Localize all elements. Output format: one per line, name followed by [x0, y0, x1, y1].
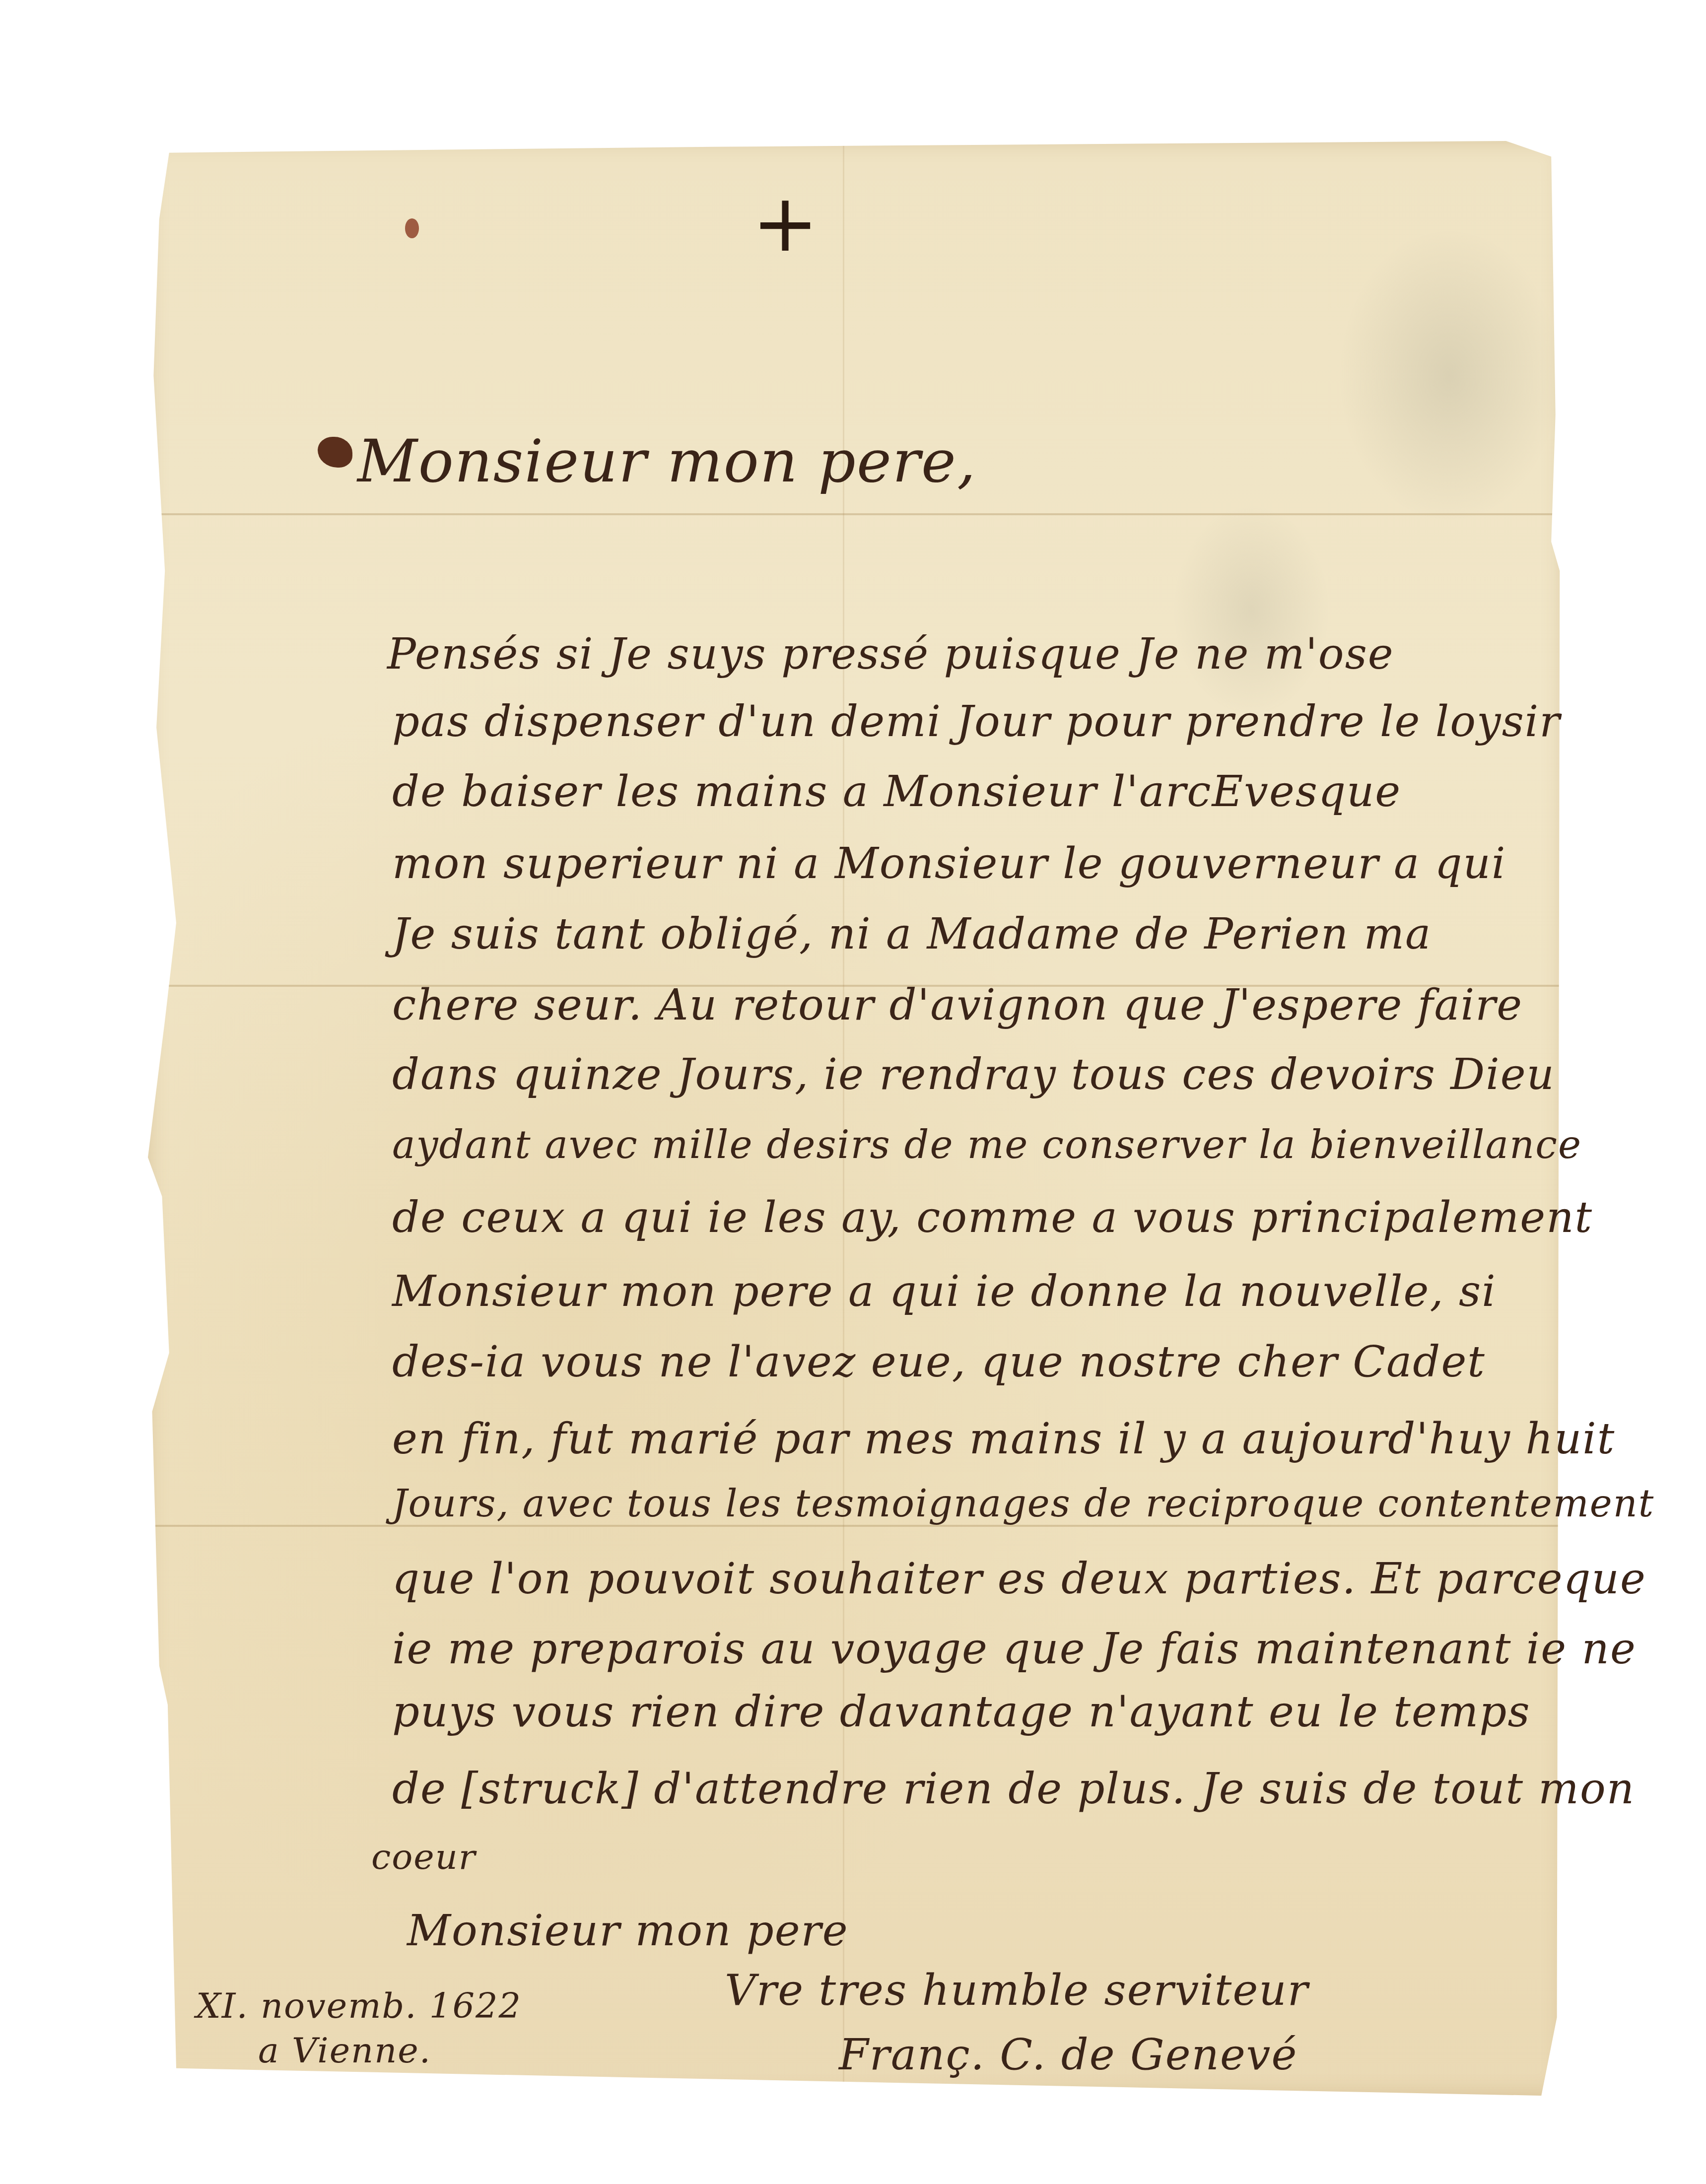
place-line: a Vienne.	[258, 2030, 431, 2071]
body-line: Jours, avec tous les tesmoignages de rec…	[392, 1481, 1654, 1525]
body-line: Pensés si Je suys pressé puisque Je ne m…	[387, 629, 1394, 679]
body-line: que l'on pouvoit souhaiter es deux parti…	[392, 1554, 1646, 1604]
closing-salutation: Monsieur mon pere	[407, 1906, 849, 1956]
closing-formula: Vre tres humble serviteur	[725, 1966, 1309, 2015]
body-line: dans quinze Jours, ie rendray tous ces d…	[392, 1050, 1555, 1099]
body-line: Je suis tant obligé, ni a Madame de Peri…	[392, 909, 1432, 959]
body-line: aydant avec mille desirs de me conserver…	[392, 1123, 1582, 1167]
body-line: mon superieur ni a Monsieur le gouverneu…	[392, 839, 1506, 888]
body-line: de [struck] d'attendre rien de plus. Je …	[392, 1764, 1635, 1814]
body-line: ie me preparois au voyage que Je fais ma…	[392, 1624, 1637, 1674]
body-line-last: coeur	[371, 1837, 476, 1877]
signature: Franç. C. de Genevé	[839, 2030, 1297, 2080]
body-line: de ceux a qui ie les ay, comme a vous pr…	[392, 1193, 1593, 1242]
body-line: en fin, fut marié par mes mains il y a a…	[392, 1414, 1615, 1464]
body-line: Monsieur mon pere a qui ie donne la nouv…	[392, 1267, 1497, 1316]
date-line: XI. novemb. 1622	[196, 1985, 522, 2026]
body-line: de baiser les mains a Monsieur l'arcEves…	[392, 767, 1401, 817]
body-line: chere seur. Au retour d'avignon que J'es…	[392, 980, 1523, 1030]
body-line: pas dispenser d'un demi Jour pour prendr…	[392, 697, 1561, 747]
body-line: des-ia vous ne l'avez eue, que nostre ch…	[392, 1337, 1486, 1387]
cross-mark-icon: +	[752, 184, 819, 263]
fold-crease-horizontal	[148, 513, 1563, 515]
body-line: puys vous rien dire davantage n'ayant eu…	[392, 1687, 1531, 1737]
salutation: Monsieur mon pere,	[357, 427, 976, 495]
ink-spot	[405, 218, 419, 238]
